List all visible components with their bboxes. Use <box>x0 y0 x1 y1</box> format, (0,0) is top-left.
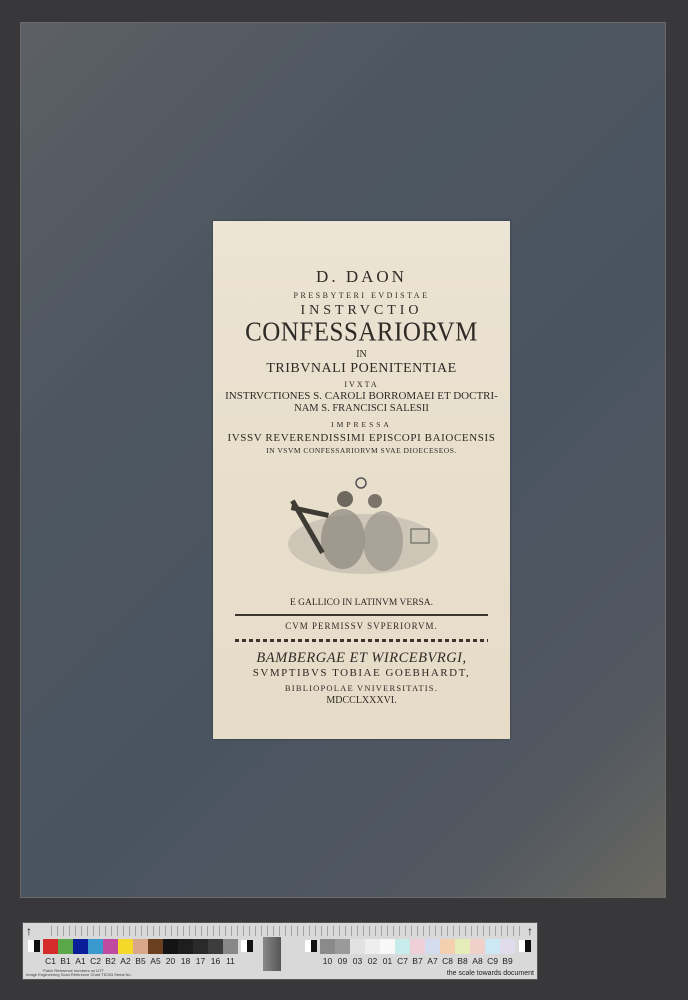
patch-label: A5 <box>148 956 163 966</box>
patch-label: 03 <box>350 956 365 966</box>
patch-label: 10 <box>320 956 335 966</box>
subtitle: PRESBYTERI EVDISTAE <box>213 291 510 300</box>
color-patch <box>455 939 470 954</box>
instructions-line2: NAM S. FRANCISCI SALESII <box>213 403 510 414</box>
ornamental-divider <box>235 639 488 642</box>
color-patch <box>425 939 440 954</box>
color-patch <box>148 939 163 954</box>
up-arrow-icon: ↑ <box>527 924 533 939</box>
color-patch <box>365 939 380 954</box>
patch-label: A2 <box>118 956 133 966</box>
iuxta: IVXTA <box>213 380 510 389</box>
engraved-vignette-icon <box>283 469 443 589</box>
color-patch <box>133 939 148 954</box>
color-patch <box>223 939 238 954</box>
color-patch <box>103 939 118 954</box>
title-in: IN <box>213 349 510 360</box>
iussu: IVSSV REVERENDISSIMI EPISCOPI BAIOCENSIS <box>213 432 510 444</box>
title-page: D. DAON PRESBYTERI EVDISTAE INSTRVCTIO C… <box>213 221 510 739</box>
title-line1: INSTRVCTIO <box>213 303 510 319</box>
mounting-board: D. DAON PRESBYTERI EVDISTAE INSTRVCTIO C… <box>20 22 666 898</box>
color-patch <box>350 939 365 954</box>
up-arrow-icon: ↑ <box>26 924 32 939</box>
checker-target-icon <box>241 940 253 952</box>
color-patch <box>73 939 88 954</box>
color-patch <box>470 939 485 954</box>
gray-wedge <box>263 937 281 971</box>
patch-label: C7 <box>395 956 410 966</box>
patch-label: B1 <box>58 956 73 966</box>
year: MDCCLXXXVI. <box>213 695 510 706</box>
patch-label: B9 <box>500 956 515 966</box>
chart-footer: Image Engineering Scan Reference Chart T… <box>26 972 132 977</box>
color-patch <box>88 939 103 954</box>
color-patch <box>208 939 223 954</box>
color-patch <box>178 939 193 954</box>
patch-label: 17 <box>193 956 208 966</box>
patch-label: B5 <box>133 956 148 966</box>
author: D. DAON <box>213 267 510 287</box>
scale-ruler <box>51 926 521 936</box>
checker-target-icon <box>519 940 531 952</box>
usum: IN VSVM CONFESSARIORVM SVAE DIOECESEOS. <box>213 446 510 455</box>
color-reference-chart: ↑ ↑ C1B1A1C2B2A2B5A52018171611 100903020… <box>22 922 538 980</box>
bookseller: BIBLIOPOLAE VNIVERSITATIS. <box>213 683 510 693</box>
patch-label: 09 <box>335 956 350 966</box>
left-patch-labels: C1B1A1C2B2A2B5A52018171611 <box>43 956 238 966</box>
left-patches <box>43 939 238 954</box>
color-patch <box>500 939 515 954</box>
title-main: CONFESSARIORVM <box>213 318 510 349</box>
patch-label: C8 <box>440 956 455 966</box>
patch-label: C9 <box>485 956 500 966</box>
patch-label: B2 <box>103 956 118 966</box>
color-patch <box>163 939 178 954</box>
impressa: IMPRESSA <box>213 420 510 429</box>
patch-label: B7 <box>410 956 425 966</box>
patch-label: 01 <box>380 956 395 966</box>
patch-label: B8 <box>455 956 470 966</box>
color-patch <box>380 939 395 954</box>
patch-label: 20 <box>163 956 178 966</box>
place: BAMBERGAE ET WIRCEBVRGI, <box>213 650 510 667</box>
patch-label: 16 <box>208 956 223 966</box>
color-patch <box>410 939 425 954</box>
color-patch <box>118 939 133 954</box>
patch-label: A1 <box>73 956 88 966</box>
right-patches <box>320 939 515 954</box>
patch-label: 02 <box>365 956 380 966</box>
patch-label: C1 <box>43 956 58 966</box>
color-patch <box>193 939 208 954</box>
checker-target-icon <box>305 940 317 952</box>
scale-note: the scale towards document <box>447 970 534 977</box>
color-patch <box>335 939 350 954</box>
color-patch <box>395 939 410 954</box>
patch-label: 18 <box>178 956 193 966</box>
translation-note: E GALLICO IN LATINVM VERSA. <box>213 598 510 608</box>
color-patch <box>485 939 500 954</box>
printer: SVMPTIBVS TOBIAE GOEBHARDT, <box>213 667 510 679</box>
patch-label: 11 <box>223 956 238 966</box>
permission: CVM PERMISSV SVPERIORVM. <box>213 621 510 631</box>
divider <box>235 614 488 616</box>
instructions-line1: INSTRVCTIONES S. CAROLI BORROMAEI ET DOC… <box>213 390 510 402</box>
color-patch <box>58 939 73 954</box>
color-patch <box>43 939 58 954</box>
color-patch <box>440 939 455 954</box>
patch-label: C2 <box>88 956 103 966</box>
title-line2: TRIBVNALI POENITENTIAE <box>213 361 510 377</box>
color-patch <box>320 939 335 954</box>
checker-target-icon <box>28 940 40 952</box>
patch-label: A8 <box>470 956 485 966</box>
right-patch-labels: 1009030201C7B7A7C8B8A8C9B9 <box>320 956 515 966</box>
patch-label: A7 <box>425 956 440 966</box>
